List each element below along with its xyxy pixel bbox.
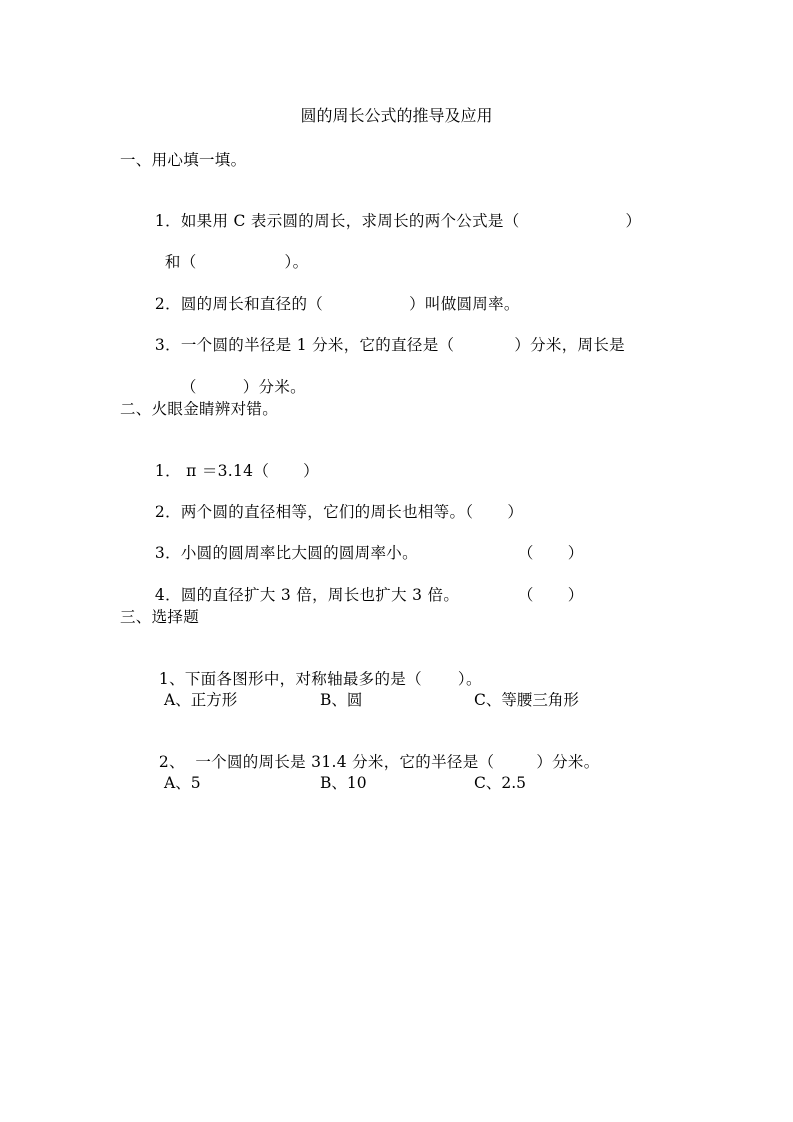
question-text: ）: [507, 503, 523, 521]
question-text: ）分米，周长是: [514, 336, 625, 354]
judge-answer-4: （）: [497, 565, 584, 625]
paren-close: ）: [568, 544, 584, 562]
question-text: ）: [626, 212, 642, 230]
section-2-heading: 二、火眼金睛辨对错。: [120, 399, 278, 419]
question-text: （: [181, 378, 197, 396]
question-text: ）。: [458, 670, 482, 688]
choice-1-option-c[interactable]: C、等腰三角形: [474, 690, 579, 710]
section-1-heading: 一、用心填一填。: [120, 150, 246, 170]
choice-2-option-a[interactable]: A、5: [164, 773, 201, 793]
paren-close: ）: [568, 586, 584, 604]
choice-2-option-b[interactable]: B、10: [320, 773, 367, 793]
question-text: 3．小圆的圆周率比大圆的圆周率小。: [155, 544, 418, 562]
question-text: ）叫做圆周率。: [409, 295, 520, 313]
question-text: ）分米。: [243, 378, 306, 396]
question-text: ）。: [285, 253, 309, 271]
question-text: 1． π ＝3.14（: [155, 462, 269, 480]
question-text: 4．圆的直径扩大 3 倍，周长也扩大 3 倍。: [155, 586, 459, 604]
question-text: 2．圆的周长和直径的（: [155, 295, 323, 313]
section-3-heading: 三、选择题: [120, 607, 199, 627]
question-text: 3．一个圆的半径是 1 分米，它的直径是（: [155, 336, 454, 354]
question-text: 1、下面各图形中，对称轴最多的是（: [159, 670, 422, 688]
question-text: ）: [303, 462, 319, 480]
question-text: 和（: [165, 253, 197, 271]
choice-1-option-b[interactable]: B、圆: [320, 690, 362, 710]
question-text: ）分米。: [536, 753, 599, 771]
paren-open: （: [518, 586, 534, 604]
page-title: 圆的周长公式的推导及应用: [0, 106, 793, 126]
question-text: 2、 一个圆的周长是 31.4 分米，它的半径是（: [159, 753, 494, 771]
question-text: 2．两个圆的直径相等，它们的周长也相等。（: [155, 503, 473, 521]
choice-question-2: 2、 一个圆的周长是 31.4 分米，它的半径是（）分米。: [138, 732, 600, 792]
choice-1-option-a[interactable]: A、正方形: [164, 690, 237, 710]
paren-open: （: [518, 544, 534, 562]
question-text: 1．如果用 C 表示圆的周长，求周长的两个公式是（: [155, 212, 520, 230]
choice-2-option-c[interactable]: C、2.5: [474, 773, 526, 793]
